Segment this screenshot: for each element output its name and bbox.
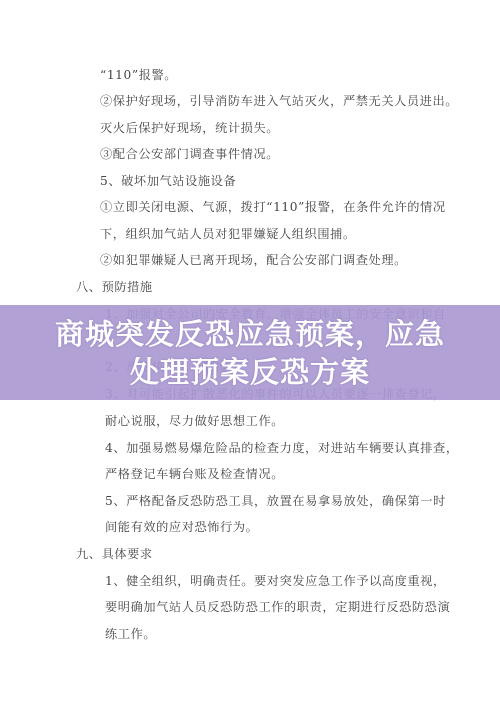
doc-line: 练工作。	[105, 626, 156, 642]
document-page: “110”报警。 ②保护好现场，引导消防车进入气站灭火，严禁无关人员进出。 灭火…	[0, 0, 500, 707]
doc-line: ②如犯罪嫌疑人已离开现场，配合公安部门调查处理。	[100, 252, 407, 268]
doc-line: 下，组织加气站人员对犯罪嫌疑人组织围捕。	[100, 226, 356, 242]
doc-line: 严格登记车辆台账及检查情况。	[105, 466, 284, 482]
banner-title-line-1: 商城突发反恐应急预案，应急	[55, 315, 445, 353]
banner-title-line-2: 处理预案反恐方案	[130, 353, 370, 391]
doc-line: ②保护好现场，引导消防车进入气站灭火，严禁无关人员进出。	[100, 93, 458, 109]
title-banner: 商城突发反恐应急预案，应急 处理预案反恐方案	[0, 305, 500, 400]
doc-line: 4、加强易燃易爆危险品的检查力度，对进站车辆要认真排查，	[105, 440, 459, 456]
doc-line: 1、健全组织，明确责任。要对突发应急工作予以高度重视，	[105, 573, 446, 589]
doc-line: ①立即关闭电源、气源，拨打“110”报警，在条件允许的情况	[100, 199, 446, 215]
doc-line: 灭火后保护好现场，统计损失。	[100, 120, 279, 136]
doc-subheading: 5、破坏加气站设施设备	[100, 173, 236, 189]
section-heading-prevention: 八、预防措施	[76, 279, 153, 295]
doc-line: 间能有效的应对恐怖行为。	[105, 519, 258, 535]
section-heading-requirements: 九、具体要求	[76, 546, 153, 562]
doc-line: 要明确加气站人员反恐防恐工作的职责，定期进行反恐防恐演	[105, 599, 450, 615]
doc-line: 5、严格配备反恐防恐工具，放置在易拿易放处，确保第一时	[105, 493, 446, 509]
doc-line: “110”报警。	[100, 67, 177, 83]
doc-line: ③配合公安部门调查事件情况。	[100, 146, 279, 162]
doc-line: 耐心说服，尽力做好思想工作。	[105, 413, 284, 429]
